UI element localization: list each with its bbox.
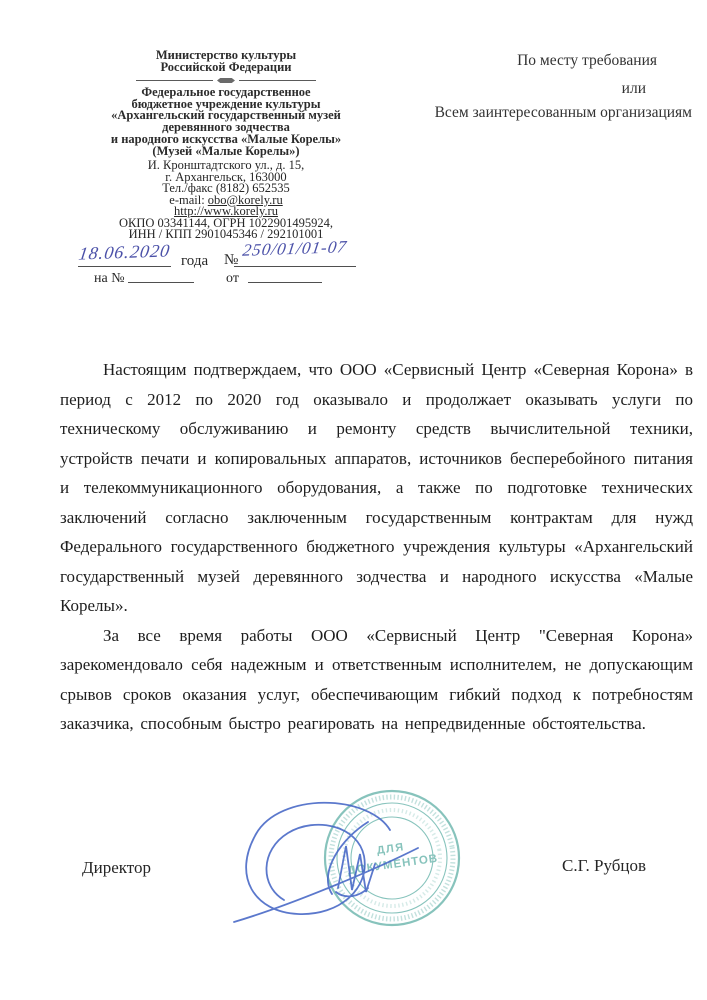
recipient-line: или [400, 80, 692, 97]
signer-name: С.Г. Рубцов [562, 856, 646, 876]
divider-rule [136, 80, 213, 81]
ministry-name: Министерство культуры Российской Федерац… [58, 50, 394, 73]
handwritten-number: 250/01/01-07 [241, 237, 348, 261]
body-paragraph-1: Настоящим подтверждаем, что ООО «Сервисн… [60, 355, 693, 621]
reply-from-label: от [226, 271, 239, 287]
reference-block: 18.06.2020 года № 250/01/01-07 на № от [78, 242, 398, 290]
director-signature-scribble [218, 788, 428, 938]
signer-position: Директор [82, 858, 151, 878]
handwritten-date-field: 18.06.2020 [78, 242, 171, 267]
letterhead-divider [136, 78, 316, 83]
handwritten-date: 18.06.2020 [77, 240, 171, 264]
handwritten-number-field: 250/01/01-07 [234, 239, 356, 267]
blank-line [128, 282, 194, 283]
contact-block: И. Кронштадтского ул., д. 15, г. Арханге… [58, 160, 394, 241]
body-paragraph-2: За все время работы ООО «Сервисный Центр… [60, 621, 693, 739]
diamond-ornament-icon [217, 78, 235, 83]
recipient-line: Всем заинтересованным организациям [400, 104, 692, 121]
letter-body: Настоящим подтверждаем, что ООО «Сервисн… [60, 355, 693, 739]
date-suffix-label: года [181, 253, 208, 270]
recipient-block: По месту требования или Всем заинтересов… [400, 52, 692, 121]
divider-rule [239, 80, 316, 81]
recipient-line: По месту требования [400, 52, 692, 69]
ministry-line: Российской Федерации [58, 62, 394, 74]
organization-line: (Музей «Малые Корелы») [58, 146, 394, 158]
reply-to-label: на № [94, 271, 125, 287]
blank-line [248, 282, 322, 283]
letterhead: Министерство культуры Российской Федерац… [58, 50, 394, 241]
organization-name: Федеральное государственное бюджетное уч… [58, 87, 394, 157]
scanned-letter-page: Министерство культуры Российской Федерац… [0, 0, 707, 1000]
